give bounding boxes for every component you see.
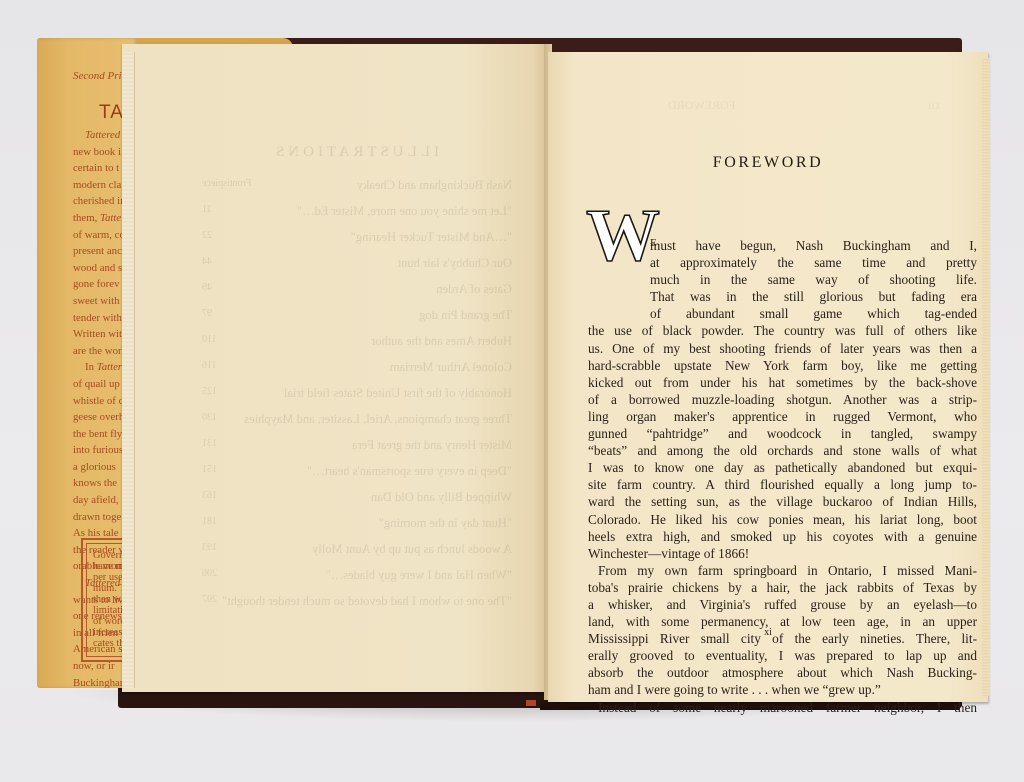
foreword-body: must have begun, Nash Buckingham and I,a…	[588, 237, 977, 716]
text-line: a whisker, and Virginia's ruffed grouse …	[588, 596, 977, 613]
illustration-page-number: 151	[202, 464, 217, 475]
text-line: heels extra high, and smoked up his coyo…	[588, 528, 977, 545]
illustration-page-number: 207	[202, 594, 217, 605]
illustration-caption: "The one to whom I had devoted so much t…	[272, 594, 512, 609]
illustration-caption: Honorably of the first United States fie…	[272, 386, 512, 401]
text-line: much in the same way of shooting life.	[588, 271, 977, 288]
illustration-caption: Three great champions, Ariel, Lassiter, …	[272, 412, 512, 427]
text-line: us. One of my best shooting friends of l…	[588, 340, 977, 357]
notice-line: than w	[93, 594, 126, 605]
illustration-page-number: 22	[202, 230, 212, 241]
notice-line: limitati	[93, 605, 126, 616]
text-line: ham and I were going to write . . . when…	[588, 681, 977, 698]
illustration-page-number: 130	[202, 412, 217, 423]
text-line: “beats” and among the old orchards and s…	[588, 442, 977, 459]
text-line: ward the setting sun, as the village buc…	[588, 493, 977, 510]
text-line: absorb the outdoor atmosphere about whic…	[588, 664, 977, 681]
illustration-caption: Whipped Billy and Old Dan	[272, 490, 512, 505]
illustration-caption: "Hunt day in the morning"	[272, 516, 512, 531]
notice-line: increas	[93, 627, 126, 638]
notice-line: per use	[93, 572, 126, 583]
notice-line: have m	[93, 561, 126, 572]
text-line: of abundant small game which tag-ended	[588, 305, 977, 322]
text-line: must have begun, Nash Buckingham and I,	[588, 237, 977, 254]
illustration-caption: Hubert Ames and the author	[272, 334, 512, 349]
illustration-caption: Mister Henry and the great Fera	[272, 438, 512, 453]
illustration-page-number: Frontispiece	[202, 178, 251, 189]
illustration-page-number: 131	[202, 438, 217, 449]
text-line: I was to know one day as pathetically ab…	[588, 459, 977, 476]
illustration-caption: "Deep in every true sportsman's heart…"	[272, 464, 512, 479]
text-line: kicked out from under his hat sometimes …	[588, 374, 977, 391]
left-page: ILLUSTRATIONS Nash Buckingham and Cheaky…	[122, 44, 546, 692]
text-line: ling organ maker's apprentice in rugged …	[588, 408, 977, 425]
jacket-edition-label: Second Pri	[73, 70, 122, 82]
illustration-page-number: 193	[202, 542, 217, 553]
text-line: erally grooved to eventuality, I was pre…	[588, 647, 977, 664]
text-line: Colorado. He liked his cow ponies mean, …	[588, 511, 977, 528]
illustration-caption: "…And Mister Tucker Hearing"	[272, 230, 512, 245]
illustration-caption: The grand Pin dog	[272, 308, 512, 323]
illustration-caption: Gates of Arden	[272, 282, 512, 297]
text-line: Winchester—vintage of 1866!	[588, 545, 977, 562]
left-page-fore-edge	[122, 52, 135, 688]
ghost-running-head: FOREWORD	[668, 98, 735, 113]
illustration-caption: Our Chubby's lair hunt	[272, 256, 512, 271]
illustration-page-number: 163	[202, 490, 217, 501]
illustrations-title: ILLUSTRATIONS	[272, 144, 439, 161]
notice-line: Govern	[93, 550, 126, 561]
text-line: toba's prairie chickens by a hair, the j…	[588, 579, 977, 596]
ghost-page-number: xii	[928, 98, 941, 113]
text-line: the use of black powder. The country was…	[588, 322, 977, 339]
notice-line: mum. T	[93, 583, 126, 594]
illustration-caption: A woods lunch as put up by Aunt Molly	[272, 542, 512, 557]
illustration-page-number: 125	[202, 386, 217, 397]
illustration-page-number: 44	[202, 256, 212, 267]
illustration-page-number: 116	[202, 360, 217, 371]
illustration-page-number: 110	[202, 334, 217, 345]
illustration-page-number: 97	[202, 308, 212, 319]
page-number: xi	[548, 627, 988, 638]
illustration-caption: "When Hal and I were guy blades…"	[272, 568, 512, 583]
jacket-notice-text: Governhave mper usemum. Tthan wlimitatio…	[93, 550, 126, 649]
text-line: From my own farm springboard in Ontario,…	[588, 562, 977, 579]
text-line: of a borrowed muzzle-loading shotgun. An…	[588, 391, 977, 408]
headband-marker	[526, 700, 536, 706]
text-line: hard-scrabble upstate New York farm boy,…	[588, 357, 977, 374]
text-line: Instead of some nearly marooned farmer n…	[588, 699, 977, 716]
notice-line: cates th	[93, 638, 126, 649]
foreword-heading: FOREWORD	[548, 154, 988, 172]
text-line: That was in the still glorious but fadin…	[588, 288, 977, 305]
illustration-caption: "Let me shine you one more, Mister Ed…"	[272, 204, 512, 219]
illustration-caption: Nash Buckingham and Cheaky	[272, 178, 512, 193]
text-line: site farm country. A third flourished eq…	[588, 476, 977, 493]
illustration-page-number: 181	[202, 516, 217, 527]
text-line: gunned “pahtridge” and woodcock in tangl…	[588, 425, 977, 442]
notice-line: of word	[93, 616, 126, 627]
illustration-page-number: 49	[202, 282, 212, 293]
text-line: at approximately the same time and prett…	[588, 254, 977, 271]
jacket-title: TA	[99, 102, 124, 124]
illustration-caption: Colonel Arthur Merriam	[272, 360, 512, 375]
illustration-page-number: 206	[202, 568, 217, 579]
illustration-page-number: 11	[202, 204, 212, 215]
